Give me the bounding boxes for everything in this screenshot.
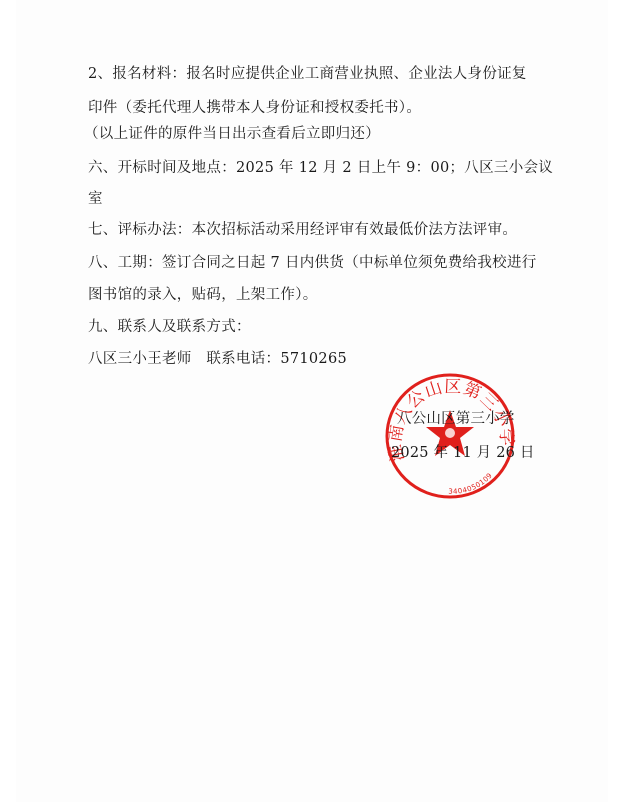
text-line-bid-opening: 六、开标时间及地点：2025 年 12 月 2 日上午 9：00；八区三小会议 (88, 159, 553, 177)
text-line-originals-note: （以上证件的原件当日出示查看后立即归还） (84, 125, 380, 143)
signature-organization: 八公山区第三小学 (397, 410, 515, 428)
signature-date: 2025 年 11 月 26 日 (391, 444, 535, 462)
text-line-delivery-period-cont: 图书馆的录入，贴码，上架工作）。 (88, 286, 318, 304)
text-line-registration-materials: 2、报名材料：报名时应提供企业工商营业执照、企业法人身份证复 (88, 65, 527, 83)
text-line-contact-heading: 九、联系人及联系方式： (88, 318, 251, 336)
text-line-evaluation-method: 七、评标办法：本次招标活动采用经评审有效最低价法方法评审。 (88, 221, 517, 239)
document-page (16, 0, 608, 802)
text-line-copies: 印件（委托代理人携带本人身份证和授权委托书）。 (88, 99, 421, 117)
text-line-delivery-period: 八、工期：签订合同之日起 7 日内供货（中标单位须免费给我校进行 (88, 254, 537, 272)
text-line-contact-info: 八区三小王老师 联系电话：5710265 (88, 350, 347, 368)
text-line-bid-opening-cont: 室 (88, 190, 103, 208)
